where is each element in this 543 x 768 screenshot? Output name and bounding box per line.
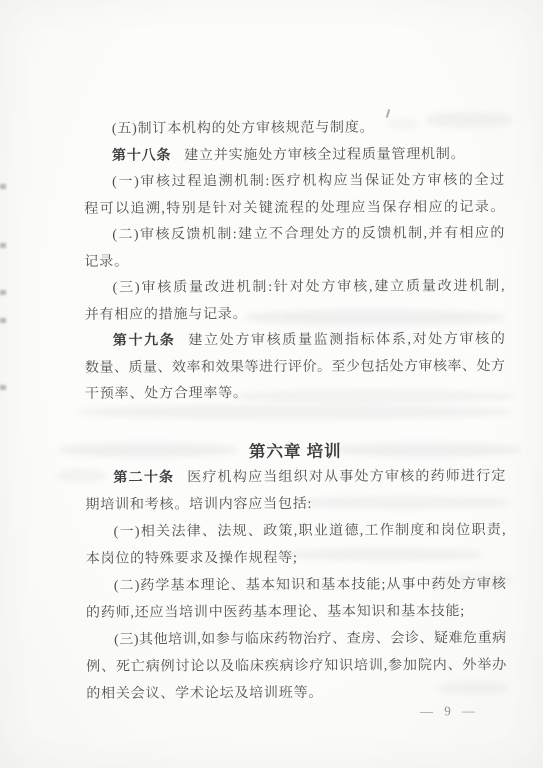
line-text: 数量、质量、效率和效果等进行评价。至少包括处方审核率、处方 (85, 358, 505, 375)
text-line: 第十八条建立并实施处方审核全过程质量管理机制。 (84, 141, 504, 169)
text-line: (五)制订本机构的处方审核规范与制度。 (84, 115, 504, 143)
text-line: (二)药学基本理论、基本知识和基本技能;从事中药处方审核 (86, 571, 506, 600)
text-line: 数量、质量、效率和效果等进行评价。至少包括处方审核率、处方 (85, 353, 505, 381)
line-text: 医疗机构应当组织对从事处方审核的药师进行定 (187, 469, 505, 485)
line-text: 程可以追溯,特别是针对关键流程的处理应当保存相应的记录。 (84, 199, 504, 216)
page-number: — 9 — (397, 703, 501, 719)
text-line: 的药师,还应当培训中医药基本理论、基本知识和基本技能; (86, 598, 506, 627)
scanned-document-page: (五)制订本机构的处方审核规范与制度。 第十八条建立并实施处方审核全过程质量管理… (0, 0, 543, 768)
text-line: (二)审核反馈机制:建立不合理处方的反馈机制,并有相应的 (84, 221, 504, 249)
text-line: 程可以追溯,特别是针对关键流程的处理应当保存相应的记录。 (84, 194, 504, 222)
text-line: (一)审核过程追溯机制:医疗机构应当保证处方审核的全过 (84, 168, 504, 196)
line-text: 建立处方审核质量监测指标体系,对处方审核的 (188, 332, 504, 348)
line-text: 本岗位的特殊要求及操作规程等; (86, 551, 298, 567)
chapter-heading: 第六章 培训 (85, 442, 505, 462)
text-line: 干预率、处方合理率等。 (85, 380, 505, 408)
line-text: 建立并实施处方审核全过程质量管理机制。 (184, 147, 465, 163)
line-text: 记录。 (84, 254, 128, 269)
line-text: 期培训和考核。培训内容应当包括: (85, 497, 312, 513)
text-line: (三)其他培训,如参与临床药物治疗、查房、会诊、疑难危重病 (86, 625, 506, 654)
line-text: (五)制订本机构的处方审核规范与制度。 (112, 121, 375, 137)
text-line: 第十九条建立处方审核质量监测指标体系,对处方审核的 (85, 327, 505, 355)
line-text: (三)其他培训,如参与临床药物治疗、查房、会诊、疑难危重病 (114, 631, 506, 648)
text-line: 记录。 (84, 247, 504, 275)
line-text: 例、死亡病例讨论以及临床疾病诊疗知识培训,参加院内、外举办 (86, 658, 506, 675)
line-text: (一)审核过程追溯机制:医疗机构应当保证处方审核的全过 (112, 173, 504, 190)
text-line: (一)相关法律、法规、政策,职业道德,工作制度和岗位职责, (86, 517, 506, 546)
article-number: 第十八条 (112, 148, 171, 163)
article-number: 第二十条 (113, 470, 174, 485)
line-text: 干预率、处方合理率等。 (85, 386, 248, 402)
section-quality-management: (五)制订本机构的处方审核规范与制度。 第十八条建立并实施处方审核全过程质量管理… (84, 115, 505, 408)
line-text: (一)相关法律、法规、政策,职业道德,工作制度和岗位职责, (114, 523, 506, 540)
article-number: 第十九条 (113, 333, 176, 348)
text-line: 例、死亡病例讨论以及临床疾病诊疗知识培训,参加院内、外举办 (86, 652, 506, 681)
text-line: 期培训和考核。培训内容应当包括: (85, 490, 505, 519)
page-content: (五)制订本机构的处方审核规范与制度。 第十八条建立并实施处方审核全过程质量管理… (0, 0, 543, 768)
section-training: 第二十条医疗机构应当组织对从事处方审核的药师进行定 期培训和考核。培训内容应当包… (85, 463, 506, 708)
text-line: 第二十条医疗机构应当组织对从事处方审核的药师进行定 (85, 463, 505, 492)
line-text: (二)药学基本理论、基本知识和基本技能;从事中药处方审核 (114, 577, 506, 594)
line-text: 并有相应的措施与记录。 (85, 307, 248, 323)
line-text: (二)审核反馈机制:建立不合理处方的反馈机制,并有相应的 (112, 226, 504, 243)
text-line: (三)审核质量改进机制:针对处方审核,建立质量改进机制, (85, 274, 505, 302)
text-line: 本岗位的特殊要求及操作规程等; (86, 544, 506, 573)
line-text: 的相关会议、学术论坛及培训班等。 (86, 686, 323, 702)
line-text: (三)审核质量改进机制:针对处方审核,建立质量改进机制, (113, 279, 505, 296)
text-line: 并有相应的措施与记录。 (85, 300, 505, 328)
line-text: 的药师,还应当培训中医药基本理论、基本知识和基本技能; (86, 604, 465, 621)
